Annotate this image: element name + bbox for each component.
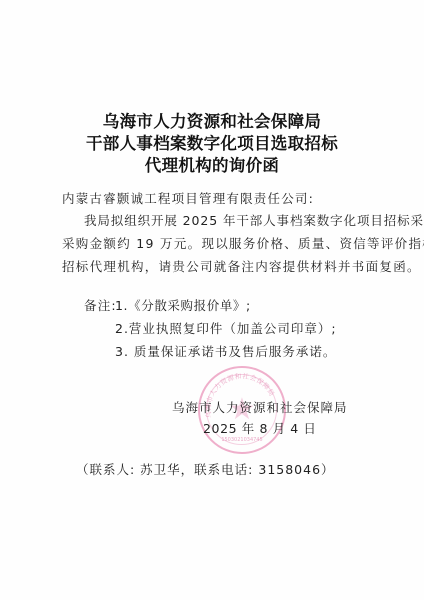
note-item-2: 2.营业执照复印件（加盖公司印章）; <box>115 319 337 337</box>
document-title-line-3: 代理机构的询价函 <box>0 152 424 176</box>
signature-date: 2025 年 8 月 4 日 <box>203 419 316 437</box>
note-item-3: 3. 质量保证承诺书及售后服务承诺。 <box>115 342 336 360</box>
body-line-3: 招标代理机构，请贵公司就备注内容提供材料并书面复函。 <box>62 257 421 275</box>
addressee: 内蒙古睿颢诚工程项目管理有限责任公司: <box>62 189 314 207</box>
note-item-1: 1.《分散采购报价单》; <box>115 296 251 314</box>
seal-code: 1503021034745 <box>200 437 284 443</box>
body-line-1: 我局拟组织开展 2025 年干部人事档案数字化项目招标采购工作， <box>84 211 424 229</box>
signature-organization: 乌海市人力资源和社会保障局 <box>172 398 348 416</box>
contact-info: （联系人: 苏卫华，联系电话: 3158046） <box>76 460 335 478</box>
notes-label: 备注: <box>84 296 117 314</box>
document-title-line-1: 乌海市人力资源和社会保障局 <box>0 108 424 132</box>
body-line-2: 采购金额约 19 万元。现以服务价格、质量、资信等评价指标选定 <box>62 234 424 252</box>
document-title-line-2: 干部人事档案数字化项目选取招标 <box>0 130 424 154</box>
document-page: 乌海市人力资源和社会保障局 干部人事档案数字化项目选取招标 代理机构的询价函 内… <box>0 0 424 600</box>
